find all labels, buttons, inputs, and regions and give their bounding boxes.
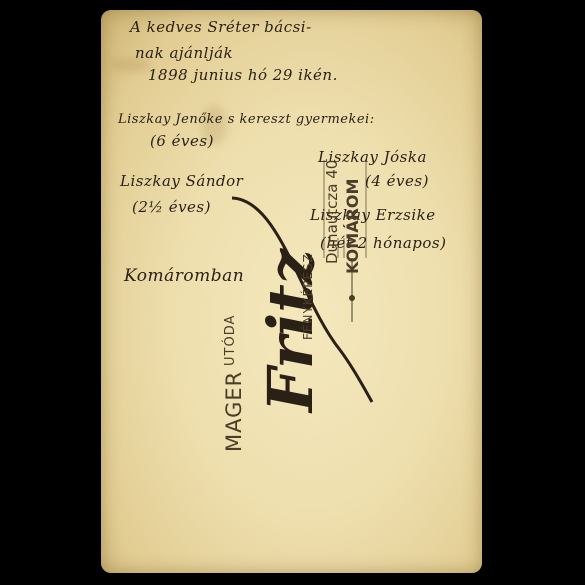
handwritten-line: Liszkay Sándor bbox=[120, 172, 243, 190]
studio-city: KOMÁROM bbox=[343, 179, 362, 274]
studio-profession: FÉNYKÉPÉSZ bbox=[301, 253, 315, 340]
handwritten-line: A kedves Sréter bácsi- bbox=[130, 18, 312, 36]
studio-mager: MAGER bbox=[222, 371, 246, 452]
handwritten-line: Liszkay Jenőke s kereszt gyermekei: bbox=[118, 112, 375, 127]
handwritten-date: 1898 junius hó 29 ikén. bbox=[148, 66, 338, 84]
handwritten-line: (4 éves) bbox=[365, 172, 429, 190]
handwritten-line: nak ajánlják bbox=[135, 44, 233, 62]
studio-utoda: UTÓDA bbox=[223, 315, 238, 366]
handwritten-line: Komáromban bbox=[124, 266, 244, 286]
studio-street: Dunautcza 40 bbox=[323, 160, 341, 264]
handwritten-line: (6 éves) bbox=[150, 132, 214, 150]
studio-name: Fritz bbox=[254, 249, 327, 412]
handwritten-line: (2½ éves) bbox=[132, 198, 211, 216]
